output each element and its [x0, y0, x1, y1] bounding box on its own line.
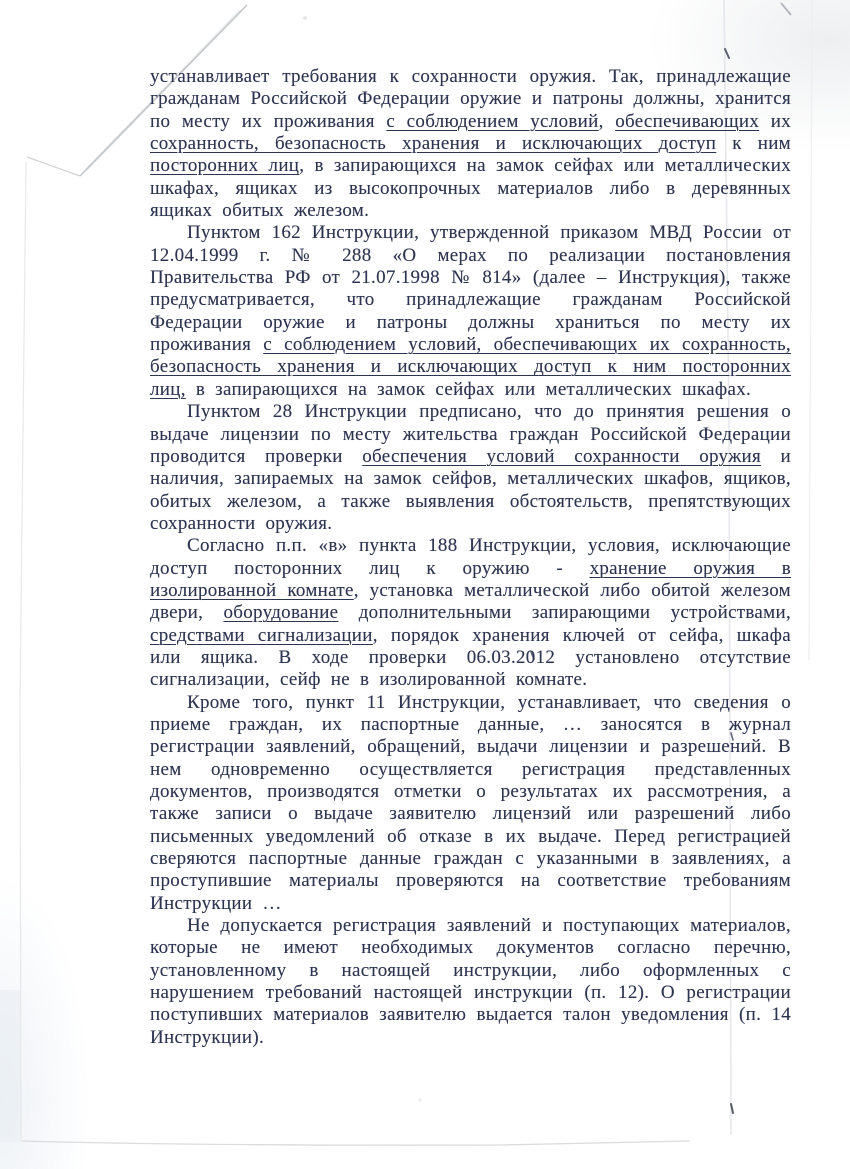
crease-speck-top	[725, 49, 729, 58]
document-text: устанавливает требования к сохранности о…	[150, 66, 791, 1049]
underlined-text-run: оборудование	[223, 602, 338, 623]
text-run: в запирающихся на замок сейфах или метал…	[186, 379, 751, 400]
underlined-text-run: посторонних лиц	[150, 155, 299, 176]
underlined-text-run: с соблюдением условий	[386, 111, 598, 132]
paragraph: Согласно п.п. «в» пункта 188 Инструкции,…	[150, 535, 791, 691]
paragraph: устанавливает требования к сохранности о…	[150, 66, 791, 222]
text-run: Не допускается регистрация заявлений и п…	[150, 915, 791, 1048]
scanned-document-page: устанавливает требования к сохранности о…	[0, 0, 850, 1169]
underlined-text-run: обеспечения условий сохранности оружия	[362, 446, 761, 467]
text-run: к ним	[716, 133, 791, 154]
text-run: дополнительными запирающими устройствами…	[338, 602, 791, 623]
text-run: ,	[599, 111, 616, 132]
text-run: Кроме того, пункт 11 Инструкции, устанав…	[150, 692, 791, 914]
page-bottom-edge	[21, 1141, 690, 1145]
underlined-text-run: обеспечивающих	[615, 111, 759, 132]
underlined-text-run: средствами сигнализации	[150, 625, 373, 646]
underlined-text-run: сохранность, безопасность хранения и иск…	[150, 133, 716, 154]
fold-tip-line	[27, 157, 80, 176]
paragraph: Пунктом 28 Инструкции предписано, что до…	[150, 401, 791, 535]
text-run: их	[759, 111, 791, 132]
crease-speck-bottom	[731, 1104, 733, 1113]
paper-speck	[418, 1098, 422, 1102]
page-left-edge	[20, 162, 26, 1141]
paragraph: Не допускается регистрация заявлений и п…	[150, 915, 791, 1049]
top-right-nick	[781, 3, 791, 15]
paragraph: Кроме того, пункт 11 Инструкции, устанав…	[150, 692, 791, 915]
page-right-edge	[809, 0, 812, 660]
paper-speck	[303, 16, 307, 20]
paragraph: Пунктом 162 Инструкции, утвержденной при…	[150, 222, 791, 401]
left-edge-tint	[0, 990, 20, 1142]
